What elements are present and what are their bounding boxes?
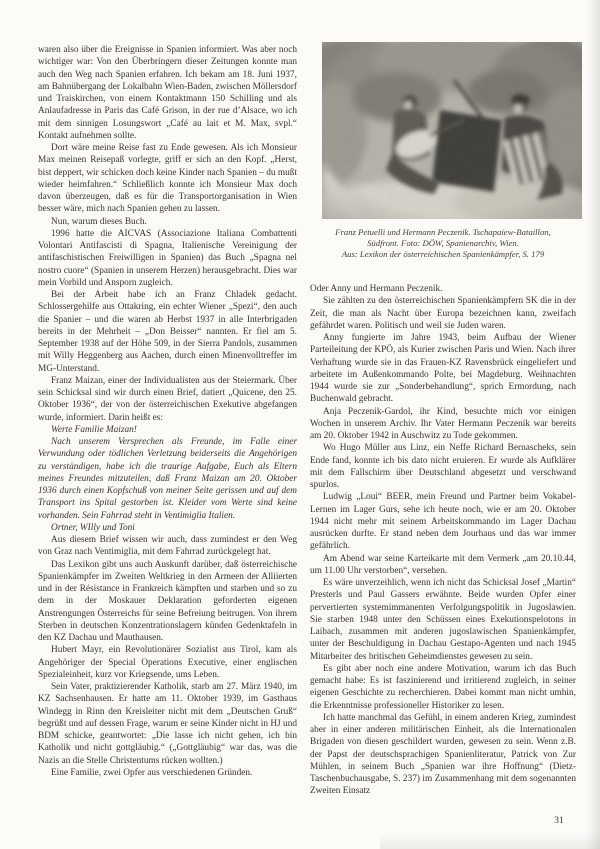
paragraph: Sein Vater, praktizierender Katholik, st… (38, 681, 297, 767)
paragraph: Anny fungierte im Jahre 1943, beim Aufba… (310, 332, 576, 406)
paragraph: Es wäre unverzeihlich, wenn ich nicht da… (310, 577, 576, 663)
paragraph: Es gibt aber noch eine andere Motivation… (310, 663, 576, 712)
caption-line: Südfront. Foto: DÖW, Spanienarchiv, Wien… (308, 238, 578, 249)
paragraph: Franz Maizan, einer der Individualisten … (38, 375, 297, 424)
paragraph: Eine Familie, zwei Opfer aus verschieden… (38, 767, 297, 779)
scan-shadow (380, 833, 600, 849)
paragraph: Das Lexikon gibt uns auch Auskunft darüb… (38, 559, 297, 645)
paragraph: 1996 hatte die AICVAS (Associazione Ital… (38, 228, 297, 289)
letter-signature: Ortner, WIlly und Toni (38, 522, 297, 534)
paragraph: Anja Peczenik-Gardol, ihr Kind, besuchte… (310, 406, 576, 443)
page-number: 31 (546, 815, 572, 826)
paragraph: Wo Hugo Müller aus Linz, ein Neffe Richa… (310, 442, 576, 491)
paragraph: Aus diesem Brief wissen wir auch, dass z… (38, 534, 297, 559)
paragraph: Ludwig „Loui“ BEER, mein Freund und Part… (310, 491, 576, 552)
paragraph: Am Abend war seine Karteikarte mit dem V… (310, 553, 576, 578)
paragraph: Sie zählten zu den österreichischen Span… (310, 295, 576, 332)
photo-caption: Franz Petuelli und Hermann Peczenik. Tsc… (308, 227, 578, 260)
photo-petuelli-peczenik (322, 42, 582, 219)
paragraph: Nun, warum dieses Buch. (38, 216, 297, 228)
paragraph: Bei der Arbeit habe ich an Franz Chladek… (38, 289, 297, 375)
letter-salutation: Werte Familie Maizan! (38, 424, 297, 436)
letter-body: Nach unserem Versprechen als Freunde, im… (38, 436, 297, 522)
right-text-column: Oder Anny und Hermann Peczenik. Sie zähl… (310, 283, 576, 798)
caption-line: Aus: Lexikon der österreichischen Spanie… (308, 249, 578, 260)
scan-edge-shading (586, 0, 600, 849)
paragraph: Dort wäre meine Reise fast zu Ende gewes… (38, 142, 297, 216)
caption-line: Franz Petuelli und Hermann Peczenik. Tsc… (308, 227, 578, 238)
left-text-column: waren also über die Ereignisse in Spanie… (38, 44, 297, 779)
paragraph: Ich hatte manchmal das Gefühl, in einem … (310, 712, 576, 798)
photo-image (322, 42, 582, 219)
paragraph: Hubert Mayr, ein Revolutionärer Sozialis… (38, 644, 297, 681)
paragraph: waren also über die Ereignisse in Spanie… (38, 44, 297, 142)
book-page: { "page_number": "31", "photo": { "descr… (0, 0, 600, 849)
paragraph: Oder Anny und Hermann Peczenik. (310, 283, 576, 295)
